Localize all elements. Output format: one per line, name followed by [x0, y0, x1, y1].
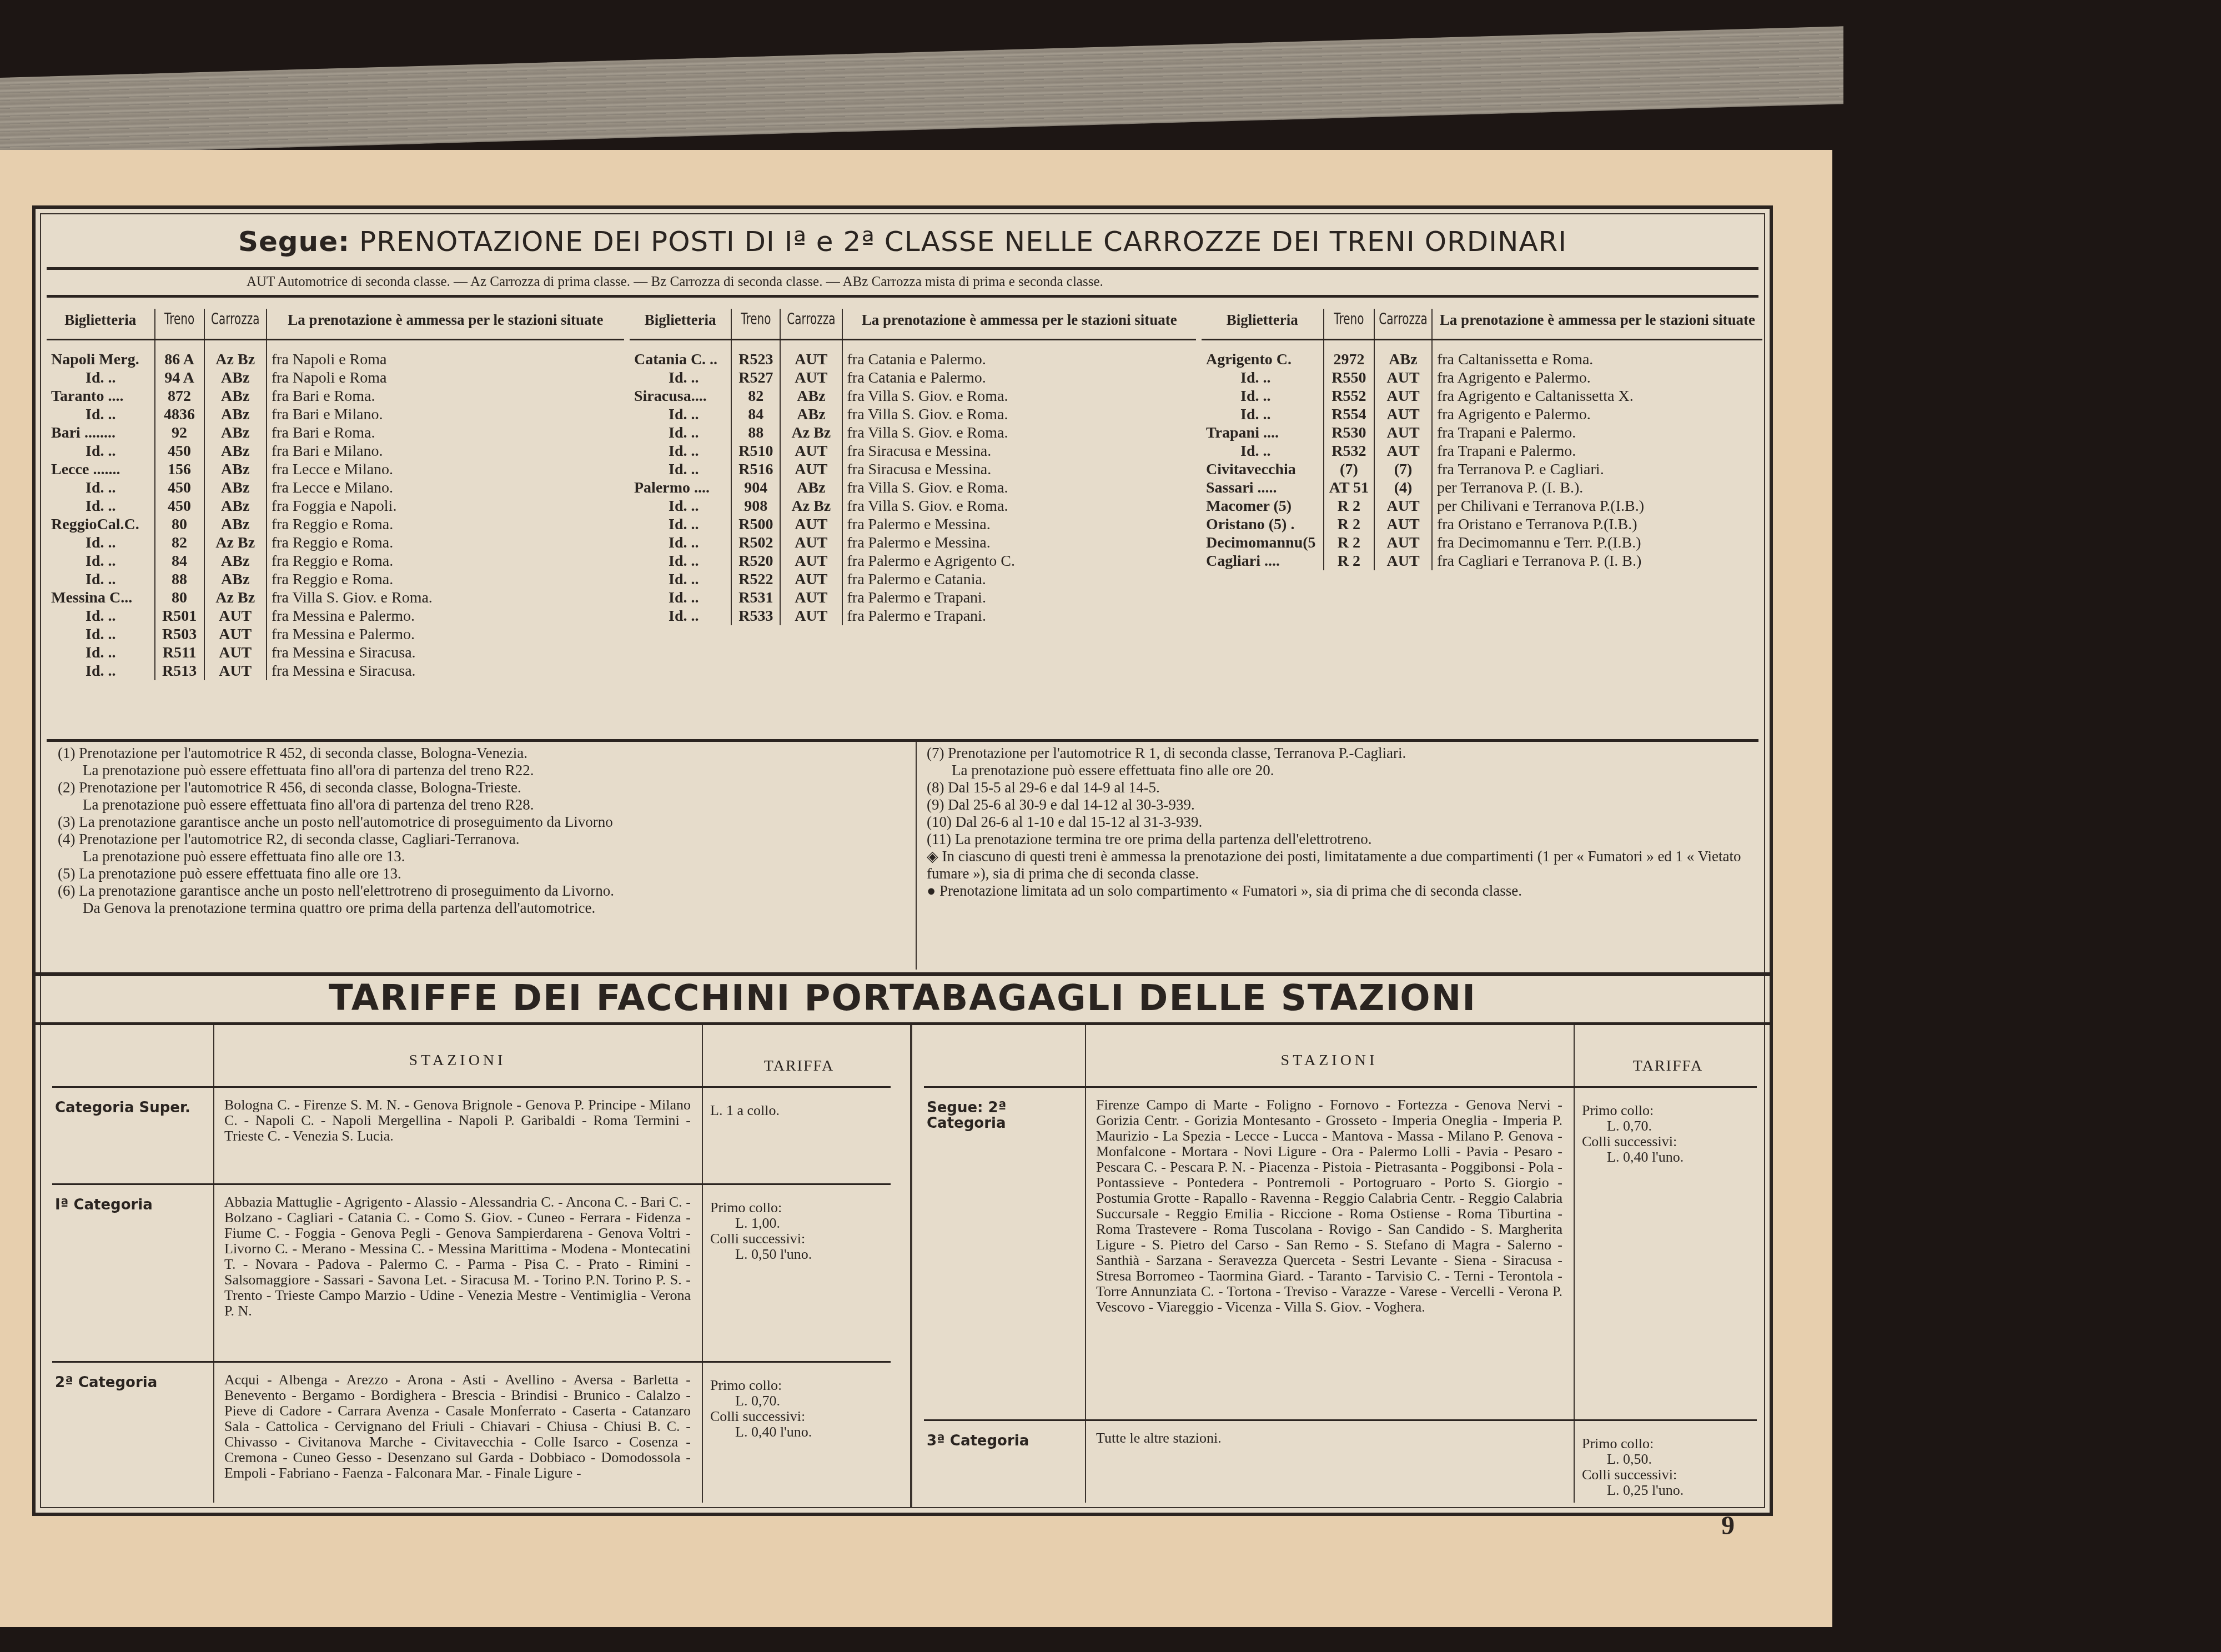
- footnotes-left: (1) Prenotazione per l'automotrice R 452…: [58, 745, 907, 917]
- table-row: Id. ..R550AUTfra Agrigento e Palermo.: [1202, 369, 1762, 387]
- tariff-amount: Primo collo:L. 1,00.Colli successivi:L. …: [710, 1200, 891, 1262]
- footnote: (1) Prenotazione per l'automotrice R 452…: [58, 745, 907, 762]
- cell-carrozza: ABz: [204, 515, 267, 534]
- cell-biglietteria: Id. ..: [47, 662, 155, 680]
- cell-biglietteria: Id. ..: [47, 644, 155, 662]
- table-row: Messina C...80Az Bzfra Villa S. Giov. e …: [47, 589, 624, 607]
- column-divider: [702, 1025, 703, 1503]
- tariff-line: L. 0,70.: [1582, 1118, 1757, 1134]
- column-divider: [213, 1025, 214, 1503]
- cell-treno: R500: [731, 515, 780, 534]
- cell-prenotazione: fra Reggio e Roma.: [267, 552, 624, 570]
- row-rule: [52, 1086, 891, 1088]
- cell-treno: R523: [731, 350, 780, 369]
- cell-prenotazione: fra Bari e Milano.: [267, 405, 624, 424]
- notes-divider: [916, 742, 917, 970]
- table-row: Taranto ....872ABzfra Bari e Roma.: [47, 387, 624, 405]
- cell-treno: 450: [155, 497, 204, 515]
- cell-carrozza: AUT: [1374, 405, 1432, 424]
- cell-treno: R511: [155, 644, 204, 662]
- cell-carrozza: AUT: [1374, 552, 1432, 570]
- cell-carrozza: (4): [1374, 479, 1432, 497]
- col-stazioni: STAZIONI: [213, 1053, 702, 1068]
- table-row: Id. ..R522AUTfra Palermo e Catania.: [630, 570, 1196, 589]
- cell-treno: AT 51: [1324, 479, 1374, 497]
- column-divider: [1085, 1025, 1086, 1503]
- tariff-line: Primo collo:: [1582, 1103, 1757, 1118]
- cell-treno: 80: [155, 515, 204, 534]
- col-prenotazione: La prenotazione è ammessa per le stazion…: [1432, 309, 1762, 339]
- cell-prenotazione: fra Catania e Palermo.: [842, 350, 1197, 369]
- tariff-stations: Bologna C. - Firenze S. M. N. - Genova B…: [224, 1097, 691, 1144]
- table-row: Id. ..84ABzfra Reggio e Roma.: [47, 552, 624, 570]
- tariff-line: Colli successivi:: [1582, 1467, 1757, 1483]
- cell-prenotazione: fra Bari e Roma.: [267, 424, 624, 442]
- table-row: Id. ..84ABzfra Villa S. Giov. e Roma.: [630, 405, 1196, 424]
- table-row: Napoli Merg.86 AAz Bzfra Napoli e Roma: [47, 350, 624, 369]
- tariff-line: L. 0,40 l'uno.: [710, 1424, 891, 1440]
- table-row: Id. ..4836ABzfra Bari e Milano.: [47, 405, 624, 424]
- cell-carrozza: ABz: [780, 387, 842, 405]
- cell-treno: R 2: [1324, 515, 1374, 534]
- cell-biglietteria: Id. ..: [630, 515, 731, 534]
- footnote: ● Prenotazione limitata ad un solo compa…: [927, 882, 1748, 900]
- footnote: La prenotazione può essere effettuata fi…: [58, 796, 907, 814]
- tariff-line: Colli successivi:: [1582, 1134, 1757, 1149]
- cell-treno: 88: [731, 424, 780, 442]
- cell-treno: R550: [1324, 369, 1374, 387]
- tariff-line: L. 0,70.: [710, 1393, 891, 1409]
- timetable-page-frame: Segue: PRENOTAZIONE DEI POSTI DI Iª e 2ª…: [32, 205, 1773, 1516]
- table-row: Macomer (5)R 2AUTper Chilivani e Terrano…: [1202, 497, 1762, 515]
- cell-prenotazione: fra Decimomannu e Terr. P.(I.B.): [1432, 534, 1762, 552]
- notes-top-rule: [47, 739, 1758, 742]
- cell-treno: 92: [155, 424, 204, 442]
- col-biglietteria: Biglietteria: [630, 309, 731, 339]
- cell-carrozza: ABz: [1374, 350, 1432, 369]
- cell-treno: 450: [155, 479, 204, 497]
- cell-biglietteria: Id. ..: [1202, 387, 1324, 405]
- table-row: Bari ........92ABzfra Bari e Roma.: [47, 424, 624, 442]
- cell-carrozza: AUT: [1374, 515, 1432, 534]
- cell-prenotazione: fra Foggia e Napoli.: [267, 497, 624, 515]
- tariff-category: 3ª Categoria: [927, 1433, 1079, 1449]
- cell-carrozza: Az Bz: [780, 497, 842, 515]
- col-tariffa: TARIFFA: [1574, 1058, 1762, 1074]
- tariffs-title: TARIFFE DEI FACCHINI PORTABAGAGLI DELLE …: [36, 978, 1770, 1019]
- cell-biglietteria: Civitavecchia: [1202, 460, 1324, 479]
- title-text: PRENOTAZIONE DEI POSTI DI Iª e 2ª CLASSE…: [359, 225, 1567, 258]
- table-row: Id. ..94 AABzfra Napoli e Roma: [47, 369, 624, 387]
- cell-carrozza: AUT: [780, 570, 842, 589]
- cell-treno: R513: [155, 662, 204, 680]
- table-row: Id. ..R501AUTfra Messina e Palermo.: [47, 607, 624, 625]
- col-carrozza: Carrozza: [1374, 303, 1432, 345]
- table-row: Id. ..R520AUTfra Palermo e Agrigento C.: [630, 552, 1196, 570]
- cell-treno: R532: [1324, 442, 1374, 460]
- cell-treno: R510: [731, 442, 780, 460]
- table-row: Id. ..450ABzfra Bari e Milano.: [47, 442, 624, 460]
- table-row: Id. ..R510AUTfra Siracusa e Messina.: [630, 442, 1196, 460]
- cell-prenotazione: fra Oristano e Terranova P.(I.B.): [1432, 515, 1762, 534]
- table-row: Id. ..R527AUTfra Catania e Palermo.: [630, 369, 1196, 387]
- cell-prenotazione: fra Messina e Siracusa.: [267, 644, 624, 662]
- tariff-amount: L. 1 a collo.: [710, 1103, 891, 1118]
- cell-biglietteria: Id. ..: [630, 552, 731, 570]
- col-prenotazione: La prenotazione è ammessa per le stazion…: [267, 309, 624, 339]
- cell-biglietteria: Id. ..: [630, 405, 731, 424]
- cell-prenotazione: fra Villa S. Giov. e Roma.: [842, 479, 1197, 497]
- table-row: Id. ..R533AUTfra Palermo e Trapani.: [630, 607, 1196, 625]
- tariff-line: Colli successivi:: [710, 1231, 891, 1247]
- cell-biglietteria: Id. ..: [47, 570, 155, 589]
- cell-treno: R 2: [1324, 534, 1374, 552]
- cell-prenotazione: fra Palermo e Messina.: [842, 515, 1197, 534]
- reservation-table-1: BiglietteriaTrenoCarrozzaLa prenotazione…: [47, 309, 624, 680]
- cell-biglietteria: Id. ..: [47, 497, 155, 515]
- tariffs-right-grid: STAZIONITARIFFASegue: 2ª CategoriaFirenz…: [918, 1025, 1762, 1503]
- footnote: (6) La prenotazione garantisce anche un …: [58, 882, 907, 900]
- col-biglietteria: Biglietteria: [47, 309, 155, 339]
- cell-biglietteria: Messina C...: [47, 589, 155, 607]
- cell-prenotazione: fra Agrigento e Caltanissetta X.: [1432, 387, 1762, 405]
- cell-biglietteria: Agrigento C.: [1202, 350, 1324, 369]
- cell-prenotazione: fra Lecce e Milano.: [267, 479, 624, 497]
- cell-treno: R502: [731, 534, 780, 552]
- cell-prenotazione: fra Messina e Palermo.: [267, 607, 624, 625]
- cell-treno: 94 A: [155, 369, 204, 387]
- cell-carrozza: ABz: [204, 424, 267, 442]
- cell-prenotazione: fra Messina e Siracusa.: [267, 662, 624, 680]
- cell-biglietteria: Id. ..: [47, 479, 155, 497]
- cell-prenotazione: fra Palermo e Messina.: [842, 534, 1197, 552]
- tariff-line: L. 0,50 l'uno.: [710, 1247, 891, 1262]
- cell-carrozza: AUT: [1374, 387, 1432, 405]
- cell-treno: R527: [731, 369, 780, 387]
- cell-biglietteria: ReggioCal.C.: [47, 515, 155, 534]
- cell-prenotazione: fra Villa S. Giov. e Roma.: [842, 497, 1197, 515]
- footnote: La prenotazione può essere effettuata fi…: [58, 762, 907, 779]
- cell-carrozza: ABz: [204, 497, 267, 515]
- table-row: Catania C. ..R523AUTfra Catania e Palerm…: [630, 350, 1196, 369]
- cell-biglietteria: Id. ..: [630, 497, 731, 515]
- cell-biglietteria: Macomer (5): [1202, 497, 1324, 515]
- cell-carrozza: ABz: [204, 479, 267, 497]
- cell-treno: 4836: [155, 405, 204, 424]
- tariff-stations: Acqui - Albenga - Arezzo - Arona - Asti …: [224, 1372, 691, 1481]
- cell-treno: 872: [155, 387, 204, 405]
- footnote: (8) Dal 15-5 al 29-6 e dal 14-9 al 14-5.: [927, 779, 1748, 796]
- tariff-line: L. 0,25 l'uno.: [1582, 1483, 1757, 1498]
- cell-carrozza: Az Bz: [204, 589, 267, 607]
- title-prefix: Segue:: [238, 225, 350, 258]
- table-row: Id. ..88ABzfra Reggio e Roma.: [47, 570, 624, 589]
- cell-prenotazione: fra Agrigento e Palermo.: [1432, 405, 1762, 424]
- col-biglietteria: Biglietteria: [1202, 309, 1324, 339]
- cell-treno: 80: [155, 589, 204, 607]
- cell-carrozza: AUT: [780, 369, 842, 387]
- col-tariffa: TARIFFA: [702, 1058, 896, 1074]
- cell-biglietteria: Catania C. ..: [630, 350, 731, 369]
- cell-carrozza: AUT: [780, 460, 842, 479]
- row-rule: [52, 1361, 891, 1363]
- cell-biglietteria: Siracusa....: [630, 387, 731, 405]
- tariffs-center-divider: [910, 1025, 912, 1508]
- cell-prenotazione: fra Villa S. Giov. e Roma.: [842, 387, 1197, 405]
- table-row: Lecce .......156ABzfra Lecce e Milano.: [47, 460, 624, 479]
- cell-carrozza: (7): [1374, 460, 1432, 479]
- cell-prenotazione: fra Caltanissetta e Roma.: [1432, 350, 1762, 369]
- table-row: Id. ..R503AUTfra Messina e Palermo.: [47, 625, 624, 644]
- cell-biglietteria: Trapani ....: [1202, 424, 1324, 442]
- footnote: (3) La prenotazione garantisce anche un …: [58, 814, 907, 831]
- footnote: (4) Prenotazione per l'automotrice R2, d…: [58, 831, 907, 848]
- cell-carrozza: AUT: [1374, 534, 1432, 552]
- cell-treno: R 2: [1324, 497, 1374, 515]
- table-row: Id. ..R554AUTfra Agrigento e Palermo.: [1202, 405, 1762, 424]
- cell-carrozza: Az Bz: [204, 534, 267, 552]
- tariff-amount: Primo collo:L. 0,50.Colli successivi:L. …: [1582, 1436, 1757, 1498]
- tariff-amount: Primo collo:L. 0,70.Colli successivi:L. …: [1582, 1103, 1757, 1165]
- cell-biglietteria: Sassari .....: [1202, 479, 1324, 497]
- cell-prenotazione: fra Palermo e Trapani.: [842, 607, 1197, 625]
- table-row: Id. ..82Az Bzfra Reggio e Roma.: [47, 534, 624, 552]
- reservation-table-2: BiglietteriaTrenoCarrozzaLa prenotazione…: [630, 309, 1196, 625]
- cell-carrozza: ABz: [780, 405, 842, 424]
- tariff-line: L. 0,40 l'uno.: [1582, 1149, 1757, 1165]
- table-row: Siracusa....82ABzfra Villa S. Giov. e Ro…: [630, 387, 1196, 405]
- tariff-line: Primo collo:: [710, 1378, 891, 1393]
- cell-carrozza: ABz: [204, 442, 267, 460]
- cell-carrozza: ABz: [204, 387, 267, 405]
- table-row: Id. ..R511AUTfra Messina e Siracusa.: [47, 644, 624, 662]
- cell-carrozza: AUT: [204, 625, 267, 644]
- cell-prenotazione: per Terranova P. (I. B.).: [1432, 479, 1762, 497]
- cell-carrozza: Az Bz: [780, 424, 842, 442]
- row-rule: [924, 1419, 1757, 1421]
- cell-prenotazione: per Chilivani e Terranova P.(I.B.): [1432, 497, 1762, 515]
- cell-carrozza: ABz: [204, 405, 267, 424]
- tariff-stations: Firenze Campo di Marte - Foligno - Forno…: [1096, 1097, 1562, 1315]
- cell-carrozza: ABz: [204, 369, 267, 387]
- table-row: Id. ..R531AUTfra Palermo e Trapani.: [630, 589, 1196, 607]
- cell-biglietteria: Lecce .......: [47, 460, 155, 479]
- cell-prenotazione: fra Catania e Palermo.: [842, 369, 1197, 387]
- cell-carrozza: AUT: [1374, 497, 1432, 515]
- cell-prenotazione: fra Palermo e Trapani.: [842, 589, 1197, 607]
- page-number: 9: [1721, 1510, 1735, 1541]
- cell-biglietteria: Decimomannu(5: [1202, 534, 1324, 552]
- table-row: Civitavecchia(7)(7)fra Terranova P. e Ca…: [1202, 460, 1762, 479]
- cell-carrozza: AUT: [780, 552, 842, 570]
- footnote: (11) La prenotazione termina tre ore pri…: [927, 831, 1748, 848]
- cell-treno: R533: [731, 607, 780, 625]
- cell-carrozza: AUT: [204, 662, 267, 680]
- cell-carrozza: ABz: [204, 460, 267, 479]
- col-prenotazione: La prenotazione è ammessa per le stazion…: [842, 309, 1197, 339]
- cell-treno: R522: [731, 570, 780, 589]
- cell-treno: 2972: [1324, 350, 1374, 369]
- cell-treno: 82: [731, 387, 780, 405]
- tariff-amount: Primo collo:L. 0,70.Colli successivi:L. …: [710, 1378, 891, 1440]
- cell-prenotazione: fra Reggio e Roma.: [267, 570, 624, 589]
- table-row: Id. ..R500AUTfra Palermo e Messina.: [630, 515, 1196, 534]
- cell-carrozza: ABz: [780, 479, 842, 497]
- col-carrozza: Carrozza: [204, 303, 267, 345]
- cell-biglietteria: Id. ..: [1202, 442, 1324, 460]
- cell-treno: 82: [155, 534, 204, 552]
- cell-prenotazione: fra Palermo e Agrigento C.: [842, 552, 1197, 570]
- footnote: (9) Dal 25-6 al 30-9 e dal 14-12 al 30-3…: [927, 796, 1748, 814]
- cell-biglietteria: Id. ..: [630, 424, 731, 442]
- table-row: Decimomannu(5R 2AUTfra Decimomannu e Ter…: [1202, 534, 1762, 552]
- tariff-line: Colli successivi:: [710, 1409, 891, 1424]
- cell-biglietteria: Id. ..: [47, 442, 155, 460]
- cell-treno: R554: [1324, 405, 1374, 424]
- tariff-line: L. 0,50.: [1582, 1452, 1757, 1467]
- tariff-line: L. 1 a collo.: [710, 1103, 891, 1118]
- col-treno: Treno: [1324, 303, 1374, 345]
- carriage-legend: AUT Automotrice di seconda classe. — Az …: [247, 274, 1103, 290]
- cell-biglietteria: Cagliari ....: [1202, 552, 1324, 570]
- cell-treno: R503: [155, 625, 204, 644]
- cell-treno: R516: [731, 460, 780, 479]
- table-row: Id. ..88Az Bzfra Villa S. Giov. e Roma.: [630, 424, 1196, 442]
- cell-treno: 86 A: [155, 350, 204, 369]
- cell-treno: 84: [731, 405, 780, 424]
- cell-biglietteria: Id. ..: [630, 534, 731, 552]
- cell-biglietteria: Id. ..: [47, 534, 155, 552]
- cell-biglietteria: Id. ..: [630, 589, 731, 607]
- cell-prenotazione: fra Agrigento e Palermo.: [1432, 369, 1762, 387]
- cell-prenotazione: fra Bari e Milano.: [267, 442, 624, 460]
- cell-carrozza: AUT: [780, 534, 842, 552]
- cell-treno: 904: [731, 479, 780, 497]
- cell-biglietteria: Oristano (5) .: [1202, 515, 1324, 534]
- tariff-line: Primo collo:: [1582, 1436, 1757, 1452]
- tariffs-left-grid: STAZIONITARIFFACategoria Super.Bologna C…: [47, 1025, 896, 1503]
- tariff-category: 2ª Categoria: [55, 1375, 208, 1390]
- cell-prenotazione: fra Villa S. Giov. e Roma.: [842, 424, 1197, 442]
- cell-biglietteria: Id. ..: [47, 405, 155, 424]
- cell-treno: 84: [155, 552, 204, 570]
- table-row: ReggioCal.C.80ABzfra Reggio e Roma.: [47, 515, 624, 534]
- cell-treno: R501: [155, 607, 204, 625]
- column-divider: [1574, 1025, 1575, 1503]
- footnote: Da Genova la prenotazione termina quattr…: [58, 900, 907, 917]
- cell-prenotazione: fra Bari e Roma.: [267, 387, 624, 405]
- cell-treno: 88: [155, 570, 204, 589]
- tariff-line: Primo collo:: [710, 1200, 891, 1216]
- cell-carrozza: AUT: [1374, 442, 1432, 460]
- table-row: Oristano (5) .R 2AUTfra Oristano e Terra…: [1202, 515, 1762, 534]
- cell-carrozza: AUT: [204, 644, 267, 662]
- tariff-category: Categoria Super.: [55, 1100, 208, 1116]
- table-row: Palermo ....904ABzfra Villa S. Giov. e R…: [630, 479, 1196, 497]
- cell-biglietteria: Palermo ....: [630, 479, 731, 497]
- title-rule: [47, 267, 1758, 270]
- table-row: Id. ..R513AUTfra Messina e Siracusa.: [47, 662, 624, 680]
- cell-biglietteria: Id. ..: [47, 607, 155, 625]
- cell-prenotazione: fra Messina e Palermo.: [267, 625, 624, 644]
- cell-carrozza: AUT: [780, 589, 842, 607]
- cell-biglietteria: Id. ..: [1202, 405, 1324, 424]
- footnote: (7) Prenotazione per l'automotrice R 1, …: [927, 745, 1748, 762]
- cell-prenotazione: fra Trapani e Palermo.: [1432, 442, 1762, 460]
- reservation-title: Segue: PRENOTAZIONE DEI POSTI DI Iª e 2ª…: [36, 225, 1770, 258]
- table-row: Id. ..R532AUTfra Trapani e Palermo.: [1202, 442, 1762, 460]
- footnote: ◈ In ciascuno di questi treni è ammessa …: [927, 848, 1748, 882]
- cell-prenotazione: fra Reggio e Roma.: [267, 515, 624, 534]
- cell-treno: 450: [155, 442, 204, 460]
- cell-carrozza: Az Bz: [204, 350, 267, 369]
- cell-treno: R520: [731, 552, 780, 570]
- cell-prenotazione: fra Napoli e Roma: [267, 369, 624, 387]
- legend-rule: [47, 295, 1758, 298]
- cell-treno: R531: [731, 589, 780, 607]
- table-row: Id. ..R516AUTfra Siracusa e Messina.: [630, 460, 1196, 479]
- tariff-stations: Tutte le altre stazioni.: [1096, 1430, 1562, 1446]
- cell-carrozza: AUT: [780, 515, 842, 534]
- cell-prenotazione: fra Reggio e Roma.: [267, 534, 624, 552]
- cell-carrozza: AUT: [780, 607, 842, 625]
- cell-carrozza: AUT: [780, 350, 842, 369]
- cell-carrozza: ABz: [204, 570, 267, 589]
- cell-carrozza: ABz: [204, 552, 267, 570]
- col-stazioni: STAZIONI: [1085, 1053, 1574, 1068]
- table-row: Id. ..R502AUTfra Palermo e Messina.: [630, 534, 1196, 552]
- cell-treno: 156: [155, 460, 204, 479]
- cell-biglietteria: Id. ..: [630, 570, 731, 589]
- table-row: Id. ..908Az Bzfra Villa S. Giov. e Roma.: [630, 497, 1196, 515]
- tariff-category: Segue: 2ª Categoria: [927, 1100, 1079, 1131]
- cell-prenotazione: fra Lecce e Milano.: [267, 460, 624, 479]
- cell-carrozza: AUT: [780, 442, 842, 460]
- table-row: Cagliari ....R 2AUTfra Cagliari e Terran…: [1202, 552, 1762, 570]
- cell-treno: R530: [1324, 424, 1374, 442]
- footnote: (5) La prenotazione può essere effettuat…: [58, 865, 907, 882]
- cell-prenotazione: fra Siracusa e Messina.: [842, 442, 1197, 460]
- table-row: Trapani ....R530AUTfra Trapani e Palermo…: [1202, 424, 1762, 442]
- cell-treno: R552: [1324, 387, 1374, 405]
- cell-treno: (7): [1324, 460, 1374, 479]
- reservation-table-3: BiglietteriaTrenoCarrozzaLa prenotazione…: [1202, 309, 1762, 570]
- table-row: Id. ..450ABzfra Foggia e Napoli.: [47, 497, 624, 515]
- book-page-edges: [0, 26, 1843, 155]
- tariff-stations: Abbazia Mattuglie - Agrigento - Alassio …: [224, 1194, 691, 1319]
- cell-prenotazione: fra Terranova P. e Cagliari.: [1432, 460, 1762, 479]
- table-row: Sassari .....AT 51(4)per Terranova P. (I…: [1202, 479, 1762, 497]
- row-rule: [924, 1086, 1757, 1088]
- footnote: (2) Prenotazione per l'automotrice R 456…: [58, 779, 907, 796]
- cell-prenotazione: fra Villa S. Giov. e Roma.: [267, 589, 624, 607]
- cell-treno: R 2: [1324, 552, 1374, 570]
- cell-prenotazione: fra Cagliari e Terranova P. (I. B.): [1432, 552, 1762, 570]
- cell-carrozza: AUT: [204, 607, 267, 625]
- table-row: Agrigento C.2972ABzfra Caltanissetta e R…: [1202, 350, 1762, 369]
- cell-prenotazione: fra Villa S. Giov. e Roma.: [842, 405, 1197, 424]
- cell-prenotazione: fra Palermo e Catania.: [842, 570, 1197, 589]
- cell-biglietteria: Napoli Merg.: [47, 350, 155, 369]
- table-row: Id. ..450ABzfra Lecce e Milano.: [47, 479, 624, 497]
- cell-prenotazione: fra Napoli e Roma: [267, 350, 624, 369]
- cell-biglietteria: Id. ..: [47, 625, 155, 644]
- table-row: Id. ..R552AUTfra Agrigento e Caltanisset…: [1202, 387, 1762, 405]
- cell-biglietteria: Id. ..: [630, 607, 731, 625]
- col-treno: Treno: [731, 303, 780, 345]
- footnotes-right: (7) Prenotazione per l'automotrice R 1, …: [927, 745, 1748, 900]
- cell-carrozza: AUT: [1374, 424, 1432, 442]
